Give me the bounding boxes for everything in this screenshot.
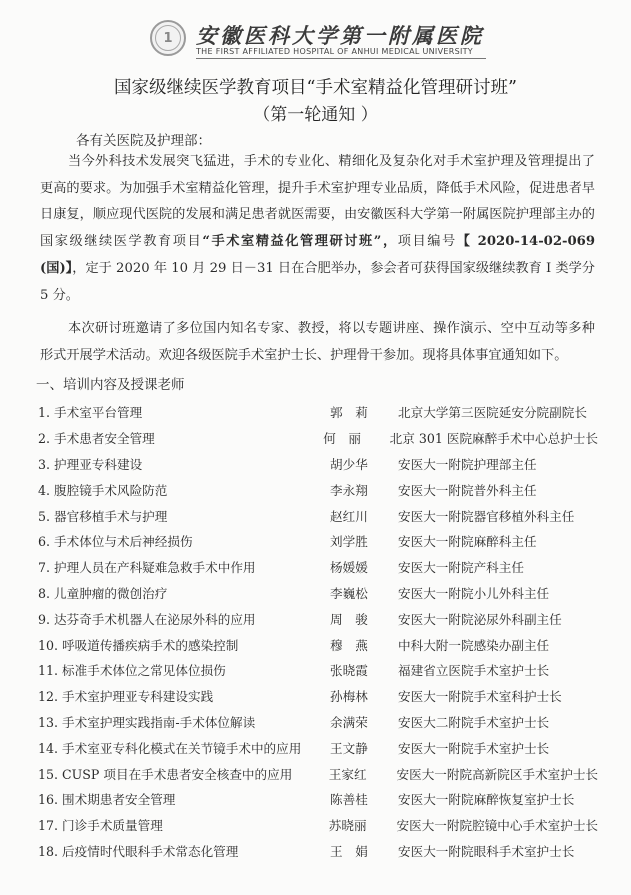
course-affiliation: 安医大一附院眼科手术室护士长	[398, 841, 598, 860]
course-row: 10. 呼吸道传播疾病手术的感染控制穆 燕中科大附一院感染办副主任	[38, 631, 598, 657]
course-affiliation: 安医大一附院麻醉恢复室护士长	[398, 789, 598, 808]
course-lecturer: 杨媛媛	[330, 557, 398, 576]
course-row: 12. 手术室护理亚专科建设实践孙梅林安医大一附院手术室科护士长	[38, 683, 598, 709]
course-lecturer: 刘学胜	[330, 531, 398, 550]
document-title: 国家级继续医学教育项目“手术室精益化管理研讨班”	[0, 74, 631, 99]
course-topic: 18. 后疫情时代眼科手术常态化管理	[38, 841, 330, 860]
course-list: 1. 手术室平台管理郭 莉北京大学第三医院延安分院副院长2. 手术患者安全管理何…	[38, 399, 598, 863]
course-topic: 15. CUSP 项目在手术患者安全核查中的应用	[38, 764, 329, 783]
intro-text-c: ，定于 2020 年 10 月 29 日－31 日在合肥举办，参会者可获得国家级…	[40, 261, 595, 303]
logo-glyph: 1	[155, 25, 181, 51]
course-row: 4. 腹腔镜手术风险防范李永翔安医大一附院普外科主任	[38, 476, 598, 502]
course-topic: 13. 手术室护理实践指南-手术体位解读	[38, 712, 330, 731]
course-row: 11. 标准手术体位之常见体位损伤张晓霞福建省立医院手术室护士长	[38, 657, 598, 683]
course-lecturer: 穆 燕	[330, 635, 398, 654]
course-affiliation: 安医大二附院手术室护士长	[398, 712, 598, 731]
course-affiliation: 安医大一附院普外科主任	[398, 480, 598, 499]
course-topic: 5. 器官移植手术与护理	[38, 506, 330, 525]
course-lecturer: 李永翔	[330, 480, 398, 499]
course-affiliation: 安医大一附院手术室科护士长	[398, 686, 598, 705]
course-lecturer: 胡少华	[330, 454, 398, 473]
course-lecturer: 陈善桂	[330, 789, 398, 808]
course-lecturer: 何 丽	[323, 428, 389, 447]
course-lecturer: 李巍松	[330, 583, 398, 602]
course-row: 18. 后疫情时代眼科手术常态化管理王 娟安医大一附院眼科手术室护士长	[38, 838, 598, 864]
course-affiliation: 安医大一附院器官移植外科主任	[398, 506, 598, 525]
course-topic: 1. 手术室平台管理	[38, 402, 330, 421]
course-affiliation: 北京 301 医院麻醉手术中心总护士长	[390, 428, 598, 447]
course-row: 3. 护理亚专科建设胡少华安医大一附院护理部主任	[38, 451, 598, 477]
document-subtitle: （第一轮通知 ）	[0, 100, 631, 125]
hospital-name-cn: 安徽医科大学第一附属医院	[196, 20, 484, 50]
course-lecturer: 张晓霞	[330, 660, 398, 679]
course-topic: 9. 达芬奇手术机器人在泌尿外科的应用	[38, 609, 330, 628]
course-affiliation: 福建省立医院手术室护士长	[398, 660, 598, 679]
course-affiliation: 安医大一附院麻醉科主任	[398, 531, 598, 550]
hospital-logo-icon: 1	[150, 20, 186, 56]
course-topic: 12. 手术室护理亚专科建设实践	[38, 686, 330, 705]
course-row: 1. 手术室平台管理郭 莉北京大学第三医院延安分院副院长	[38, 399, 598, 425]
course-topic: 17. 门诊手术质量管理	[38, 815, 329, 834]
course-row: 9. 达芬奇手术机器人在泌尿外科的应用周 骏安医大一附院泌尿外科副主任	[38, 605, 598, 631]
course-affiliation: 安医大一附院泌尿外科副主任	[398, 609, 598, 628]
course-row: 15. CUSP 项目在手术患者安全核查中的应用王家红安医大一附院高新院区手术室…	[38, 760, 598, 786]
course-affiliation: 安医大一附院高新院区手术室护士长	[397, 764, 599, 783]
course-topic: 11. 标准手术体位之常见体位损伤	[38, 660, 330, 679]
course-lecturer: 赵红川	[330, 506, 398, 525]
course-row: 6. 手术体位与术后神经损伤刘学胜安医大一附院麻醉科主任	[38, 528, 598, 554]
course-affiliation: 安医大一附院产科主任	[398, 557, 598, 576]
course-lecturer: 王家红	[329, 764, 397, 783]
section-heading-courses: 一、培训内容及授课老师	[36, 373, 185, 393]
letterhead: 1 安徽医科大学第一附属医院 THE FIRST AFFILIATED HOSP…	[148, 14, 538, 64]
course-lecturer: 周 骏	[330, 609, 398, 628]
course-lecturer: 孙梅林	[330, 686, 398, 705]
course-lecturer: 王 娟	[330, 841, 398, 860]
course-row: 17. 门诊手术质量管理苏晓丽安医大一附院腔镜中心手术室护士长	[38, 812, 598, 838]
intro-text-b: 项目编号	[398, 234, 457, 249]
project-name: “手术室精益化管理研讨班”，	[202, 234, 397, 249]
course-topic: 6. 手术体位与术后神经损伤	[38, 531, 330, 550]
course-row: 8. 儿童肿瘤的微创治疗李巍松安医大一附院小儿外科主任	[38, 580, 598, 606]
course-row: 13. 手术室护理实践指南-手术体位解读余满荣安医大二附院手术室护士长	[38, 709, 598, 735]
course-topic: 3. 护理亚专科建设	[38, 454, 330, 473]
course-row: 7. 护理人员在产科疑难急救手术中作用杨媛媛安医大一附院产科主任	[38, 554, 598, 580]
hospital-name-en: THE FIRST AFFILIATED HOSPITAL OF ANHUI M…	[196, 47, 486, 59]
course-row: 14. 手术室亚专科化模式在关节镜手术中的应用王文静安医大一附院手术室护士长	[38, 734, 598, 760]
course-affiliation: 安医大一附院手术室护士长	[398, 738, 598, 757]
invitation-paragraph: 本次研讨班邀请了多位国内知名专家、教授，将以专题讲座、操作演示、空中互动等多种形…	[40, 316, 595, 369]
course-affiliation: 中科大附一院感染办副主任	[398, 635, 598, 654]
course-topic: 16. 围术期患者安全管理	[38, 789, 330, 808]
course-affiliation: 安医大一附院小儿外科主任	[398, 583, 598, 602]
salutation: 各有关医院及护理部：	[76, 129, 211, 149]
course-lecturer: 郭 莉	[330, 402, 398, 421]
course-affiliation: 北京大学第三医院延安分院副院长	[398, 402, 598, 421]
course-topic: 4. 腹腔镜手术风险防范	[38, 480, 330, 499]
course-topic: 10. 呼吸道传播疾病手术的感染控制	[38, 635, 330, 654]
course-row: 5. 器官移植手术与护理赵红川安医大一附院器官移植外科主任	[38, 502, 598, 528]
course-lecturer: 苏晓丽	[329, 815, 397, 834]
course-row: 2. 手术患者安全管理何 丽北京 301 医院麻醉手术中心总护士长	[38, 425, 598, 451]
course-lecturer: 余满荣	[330, 712, 398, 731]
course-lecturer: 王文静	[330, 738, 398, 757]
course-topic: 8. 儿童肿瘤的微创治疗	[38, 583, 330, 602]
course-affiliation: 安医大一附院护理部主任	[398, 454, 598, 473]
course-topic: 14. 手术室亚专科化模式在关节镜手术中的应用	[38, 738, 330, 757]
course-affiliation: 安医大一附院腔镜中心手术室护士长	[397, 815, 599, 834]
course-topic: 7. 护理人员在产科疑难急救手术中作用	[38, 557, 330, 576]
course-topic: 2. 手术患者安全管理	[38, 428, 323, 447]
intro-paragraph: 当今外科技术发展突飞猛进，手术的专业化、精细化及复杂化对手术室护理及管理提出了更…	[40, 149, 595, 309]
course-row: 16. 围术期患者安全管理陈善桂安医大一附院麻醉恢复室护士长	[38, 786, 598, 812]
